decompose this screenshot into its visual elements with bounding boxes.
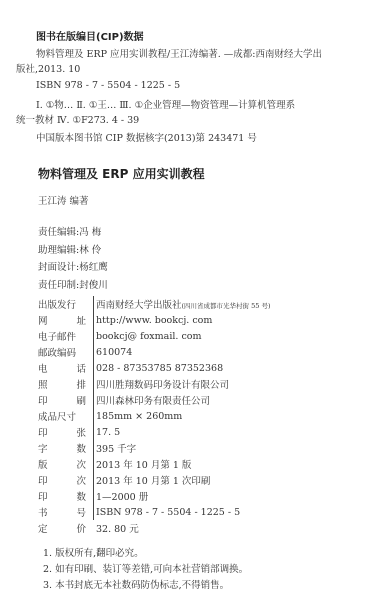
info-row: 书号 ISBN 978 - 7 - 5504 - 1225 - 5 [38,504,271,520]
editor-credit: 封面设计:杨红鹰 [38,259,108,277]
info-row: 出版发行 西南财经大学出版社(四川省成都市光华村街 55 号) [38,296,271,312]
info-row: 电子邮件 bookcj@ foxmail. com [38,328,271,344]
info-row: 电话 028 - 87353785 87352368 [38,360,271,376]
typesetting-value: 四川胜翔数码印务设计有限公司 [86,377,229,391]
cip-line-1: 物料管理及 ERP 应用实训教程/王江涛编著. —成都:西南财经大学出 [36,48,322,62]
info-label: 字数 [38,441,86,455]
cip-heading: 图书在版编目(CIP)数据 [36,28,144,43]
info-row: 字数 395 千字 [38,440,271,456]
editor-credit: 责任编辑:冯 梅 [38,224,108,242]
info-row: 成品尺寸 185mm × 260mm [38,408,271,424]
info-label: 电子邮件 [38,329,86,343]
info-row: 印刷 四川森林印务有限责任公司 [38,392,271,408]
cip-line-1-cont: 版社,2013. 10 [16,63,80,77]
publisher-address: (四川省成都市光华村街 55 号) [182,302,271,310]
website-value: http://www. bookcj. com [86,315,212,326]
cip-isbn: ISBN 978 - 7 - 5504 - 1225 - 5 [36,79,180,93]
info-label: 版次 [38,457,86,471]
editor-credits: 责任编辑:冯 梅 助理编辑:林 伶 封面设计:杨红鹰 责任印制:封俊川 [38,224,108,294]
copyright-page: 图书在版编目(CIP)数据 物料管理及 ERP 应用实训教程/王江涛编著. —成… [0,0,375,600]
info-row: 版次 2013 年 10 月第 1 版 [38,456,271,472]
isbn-value: ISBN 978 - 7 - 5504 - 1225 - 5 [86,507,240,518]
info-label: 出版发行 [38,297,86,311]
notice-item: 3. 本书封底无本社数码防伪标志,不得销售。 [43,578,248,594]
info-label: 定价 [38,521,86,535]
info-value: 西南财经大学出版社(四川省成都市光华村街 55 号) [86,297,271,311]
word-count-value: 395 千字 [86,441,136,455]
publication-info-table: 出版发行 西南财经大学出版社(四川省成都市光华村街 55 号) 网址 http:… [38,296,271,536]
info-label: 照排 [38,377,86,391]
editor-credit: 助理编辑:林 伶 [38,242,108,260]
info-label: 成品尺寸 [38,409,86,423]
info-label: 印刷 [38,393,86,407]
info-row: 照排 四川胜翔数码印务设计有限公司 [38,376,271,392]
info-row: 印数 1—2000 册 [38,488,271,504]
cip-record-number: 中国版本图书馆 CIP 数据核字(2013)第 243471 号 [36,132,257,146]
postal-code-value: 610074 [86,347,132,358]
editor-credit: 责任印制:封俊川 [38,277,108,295]
print-run-value: 1—2000 册 [86,489,148,503]
sheets-value: 17. 5 [86,427,120,438]
book-author: 王江涛 编著 [38,193,89,207]
info-label: 印数 [38,489,86,503]
copyright-notices: 1. 版权所有,翻印必究。 2. 如有印刷、装订等差错,可向本社营销部调换。 3… [43,546,248,594]
cip-classification-2: 统一教材 Ⅳ. ①F273. 4 - 39 [16,114,139,128]
printing-value: 2013 年 10 月第 1 次印刷 [86,473,210,487]
info-row: 邮政编码 610074 [38,344,271,360]
info-label: 电话 [38,361,86,375]
info-label: 印张 [38,425,86,439]
info-row: 定价 32. 80 元 [38,520,271,536]
price-value: 32. 80 元 [86,521,139,535]
edition-value: 2013 年 10 月第 1 版 [86,457,191,471]
phone-value: 028 - 87353785 87352368 [86,363,223,374]
info-label: 网址 [38,313,86,327]
info-row: 网址 http://www. bookcj. com [38,312,271,328]
info-label: 书号 [38,505,86,519]
info-row: 印张 17. 5 [38,424,271,440]
cip-classification-1: Ⅰ. ①物… Ⅱ. ①王… Ⅲ. ①企业管理—物资管理—计算机管理系 [36,99,295,113]
notice-item: 1. 版权所有,翻印必究。 [43,546,248,562]
info-label: 邮政编码 [38,345,86,359]
printer-value: 四川森林印务有限责任公司 [86,393,210,407]
book-title: 物料管理及 ERP 应用实训教程 [38,165,205,182]
info-label: 印次 [38,473,86,487]
email-value: bookcj@ foxmail. com [86,331,202,342]
notice-item: 2. 如有印刷、装订等差错,可向本社营销部调换。 [43,562,248,578]
trim-size-value: 185mm × 260mm [86,411,182,422]
info-row: 印次 2013 年 10 月第 1 次印刷 [38,472,271,488]
